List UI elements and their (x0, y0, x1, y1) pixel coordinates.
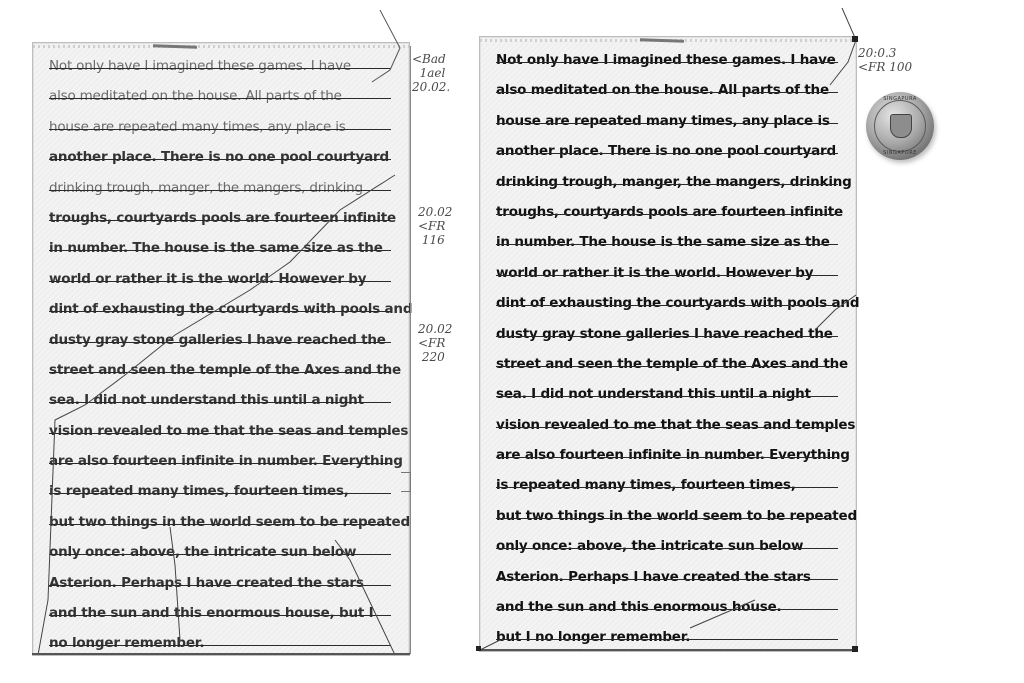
handwritten-note-right: 20:0.3 <FR 100 (858, 46, 912, 74)
text-line: vision revealed to me that the seas and … (496, 410, 846, 440)
sheet-tab (640, 38, 684, 43)
handwritten-note-3: 20.02 <FR 220 (418, 322, 452, 364)
text-line: street and seen the temple of the Axes a… (49, 355, 399, 385)
right-text-block: Not only have I imagined these games. I … (496, 45, 846, 653)
text-line: world or rather it is the world. However… (496, 258, 846, 288)
text-line: vision revealed to me that the seas and … (49, 416, 399, 446)
text-line: is repeated many times, fourteen times, (496, 470, 846, 500)
text-line: dusty gray stone galleries I have reache… (49, 325, 399, 355)
text-line: troughs, courtyards pools are fourteen i… (496, 197, 846, 227)
text-line: Asterion. Perhaps I have created the sta… (49, 568, 399, 598)
text-line: and the sun and this enormous house. (496, 592, 846, 622)
text-line: but two things in the world seem to be r… (49, 507, 399, 537)
text-line: are also fourteen infinite in number. Ev… (496, 440, 846, 470)
text-line: drinking trough, manger, the mangers, dr… (49, 173, 399, 203)
text-line: street and seen the temple of the Axes a… (496, 349, 846, 379)
text-line: are also fourteen infinite in number. Ev… (49, 446, 399, 476)
text-line: another place. There is no one pool cour… (496, 136, 846, 166)
sheet-tab (153, 44, 197, 49)
text-line: world or rather it is the world. However… (49, 264, 399, 294)
edge-bracket (401, 472, 411, 492)
sheet-bottom-edge (480, 649, 856, 651)
text-line: only once: above, the intricate sun belo… (496, 531, 846, 561)
text-line: dusty gray stone galleries I have reache… (496, 319, 846, 349)
text-line: only once: above, the intricate sun belo… (49, 537, 399, 567)
top-seam (33, 45, 409, 48)
handwritten-note-2: 20.02 <FR 116 (418, 205, 452, 247)
text-line: drinking trough, manger, the mangers, dr… (496, 167, 846, 197)
text-line: is repeated many times, fourteen times, (49, 476, 399, 506)
text-line: also meditated on the house. All parts o… (49, 81, 399, 111)
text-line: in number. The house is the same size as… (496, 227, 846, 257)
text-line: sea. I did not understand this until a n… (496, 379, 846, 409)
text-line: troughs, courtyards pools are fourteen i… (49, 203, 399, 233)
text-line: Not only have I imagined these games. I … (496, 45, 846, 75)
left-sheet-side-edge (410, 46, 411, 654)
text-line: also meditated on the house. All parts o… (496, 75, 846, 105)
text-line: but two things in the world seem to be r… (496, 501, 846, 531)
coat-of-arms-icon (890, 114, 912, 138)
text-line: in number. The house is the same size as… (49, 233, 399, 263)
left-text-block: Not only have I imagined these games. I … (49, 51, 399, 659)
left-print-sheet: Not only have I imagined these games. I … (32, 42, 410, 656)
text-line: dint of exhausting the courtyards with p… (49, 294, 399, 324)
right-print-sheet: Not only have I imagined these games. I … (479, 36, 857, 652)
text-line: house are repeated many times, any place… (496, 106, 846, 136)
text-line: another place. There is no one pool cour… (49, 142, 399, 172)
text-line: Asterion. Perhaps I have created the sta… (496, 562, 846, 592)
text-line: house are repeated many times, any place… (49, 112, 399, 142)
text-line: Not only have I imagined these games. I … (49, 51, 399, 81)
text-line: sea. I did not understand this until a n… (49, 385, 399, 415)
coin-legend-bottom: SINGAPORE (866, 150, 934, 156)
text-line: dint of exhausting the courtyards with p… (496, 288, 846, 318)
handwritten-note-1: <Bad 1ael 20.02. (412, 52, 450, 94)
text-line: and the sun and this enormous house, but… (49, 598, 399, 628)
sheet-bottom-edge (33, 653, 409, 655)
coin: SINGAPURA SINGAPORE (866, 92, 934, 160)
